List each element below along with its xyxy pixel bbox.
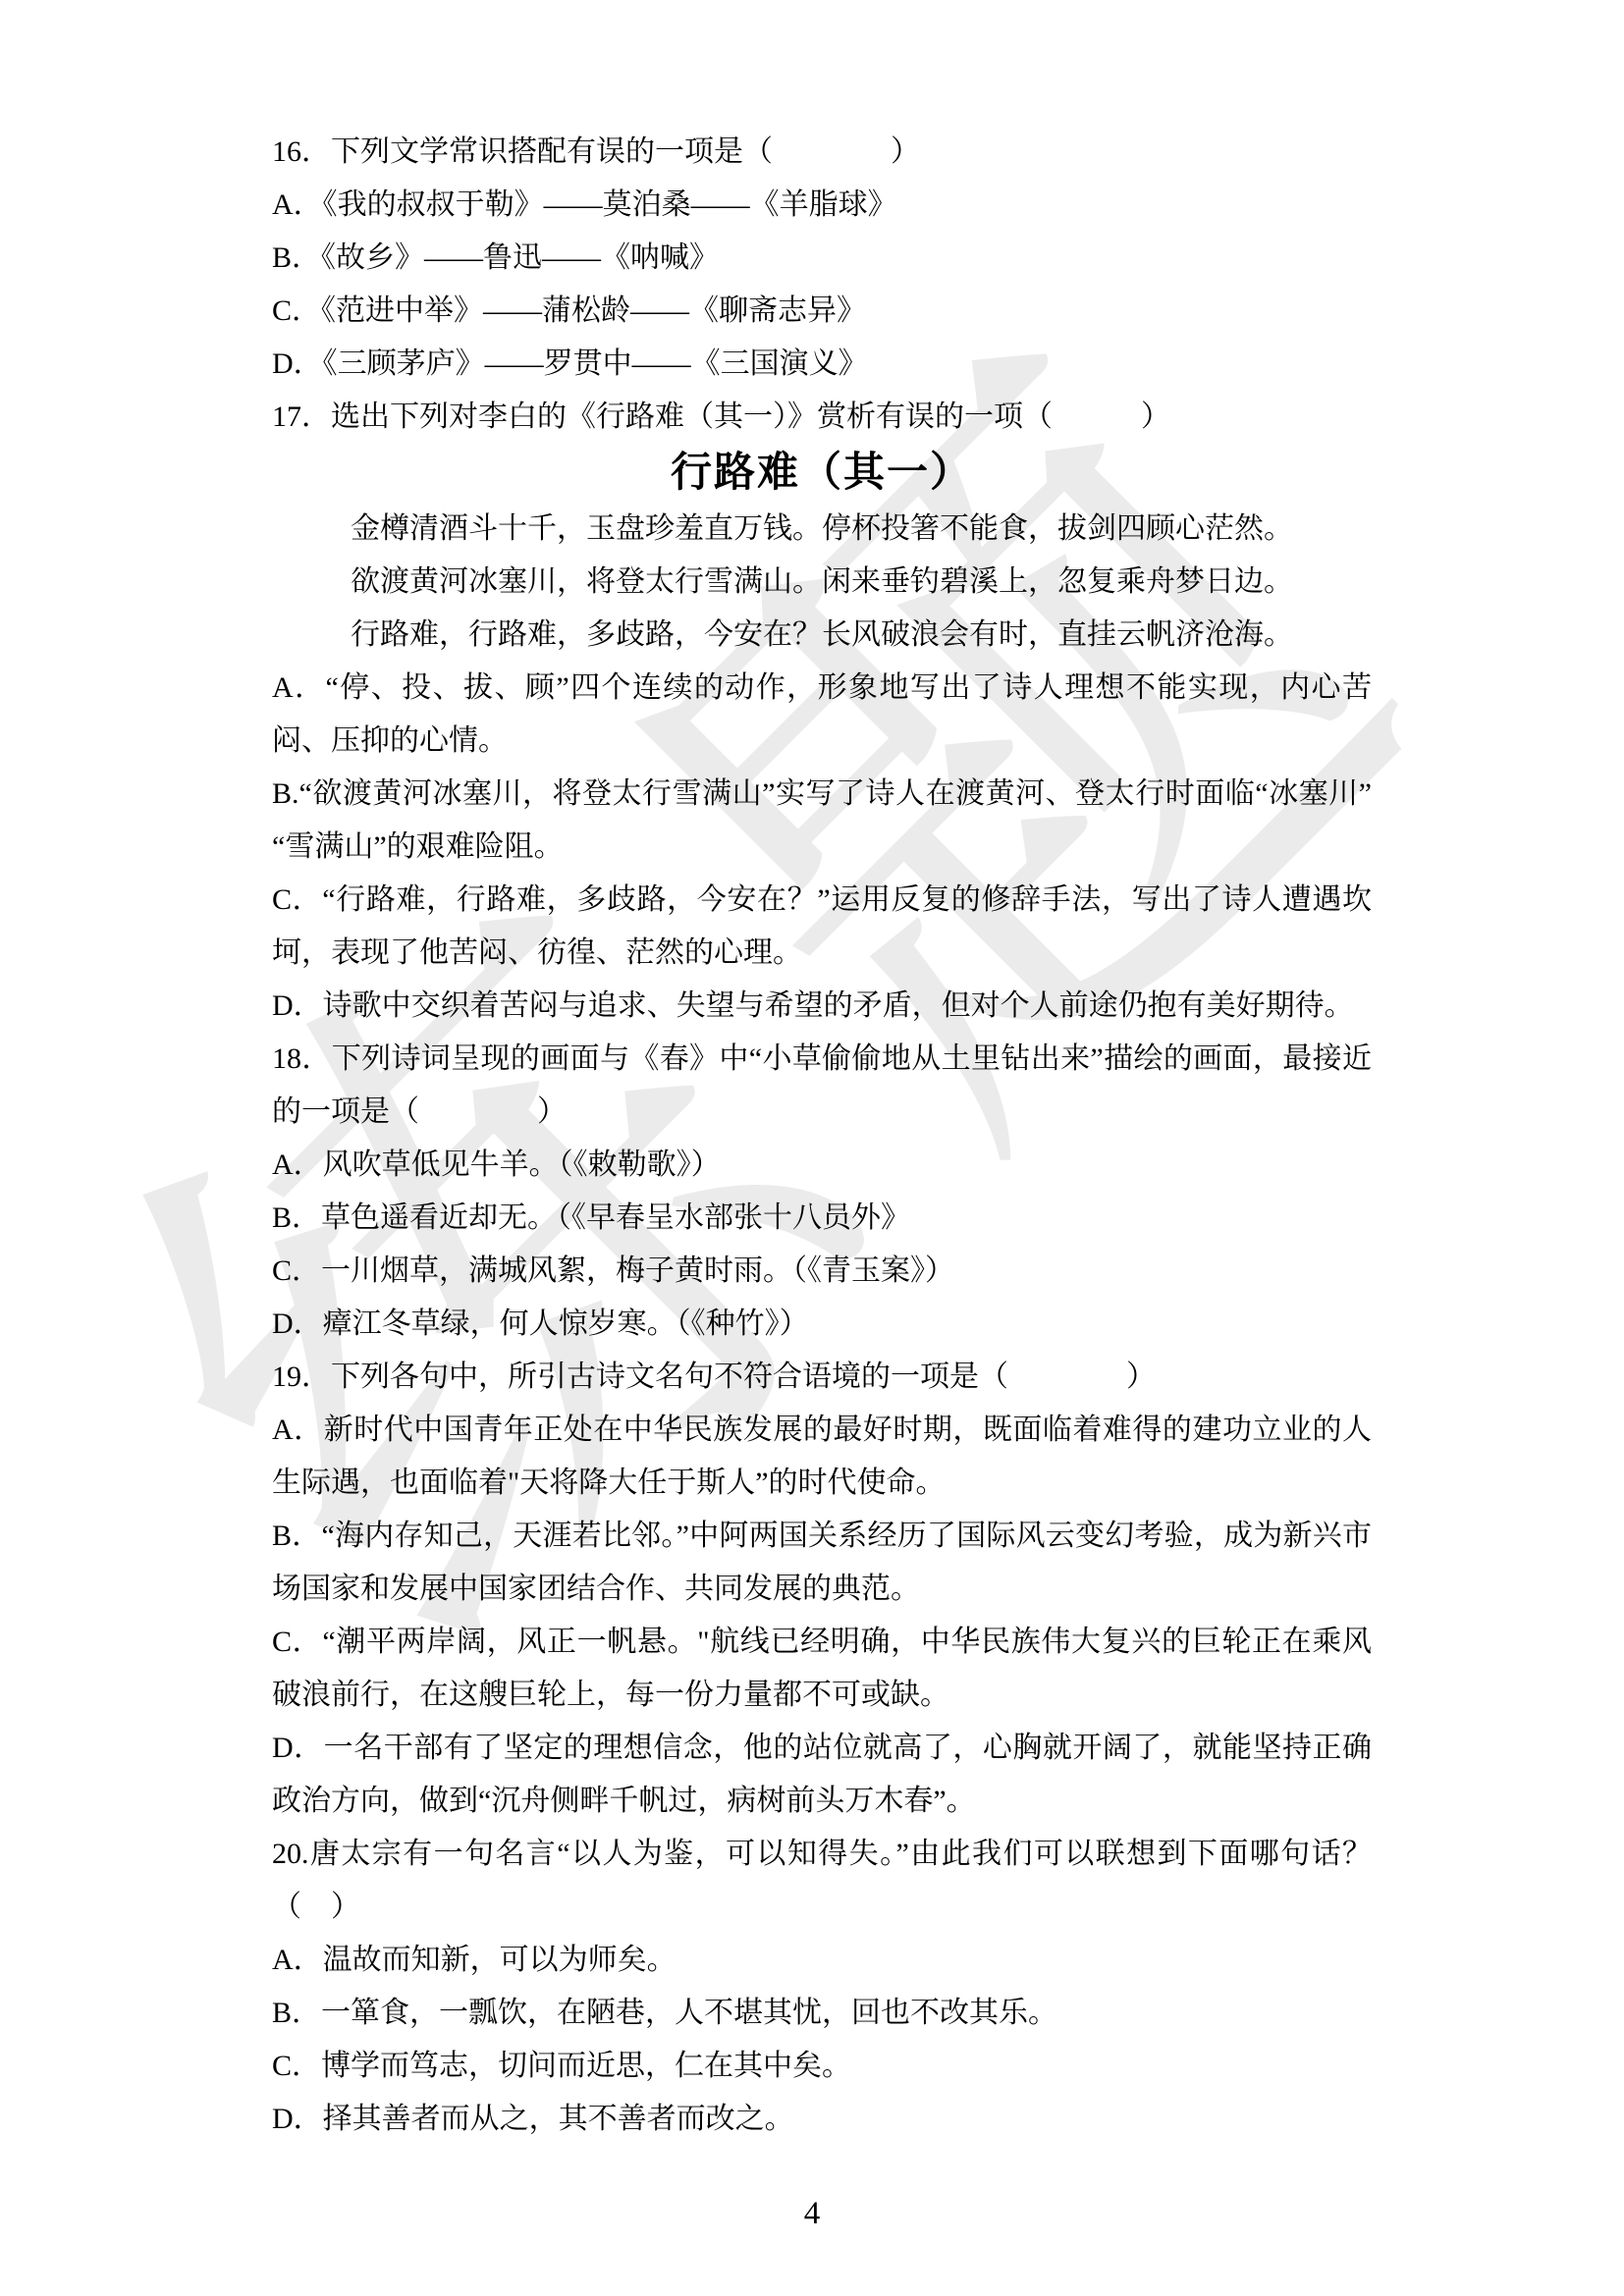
question-16-stem: 16．下列文学常识搭配有误的一项是（ ） <box>272 126 1372 179</box>
question-17-stem: 17．选出下列对李白的《行路难（其一）》赏析有误的一项（ ） <box>272 391 1372 444</box>
poem-line-1: 金樽清酒斗十千，玉盘珍羞直万钱。停杯投箸不能食，拔剑四顾心茫然。 <box>272 503 1372 556</box>
poem-line-3: 行路难，行路难，多歧路，今安在？长风破浪会有时，直挂云帆济沧海。 <box>272 609 1372 662</box>
question-17: 17．选出下列对李白的《行路难（其一）》赏析有误的一项（ ） 行路难（其一） 金… <box>272 391 1372 1033</box>
question-16-option-b: B．《故乡》——鲁迅——《呐喊》 <box>272 232 1372 285</box>
question-19-option-b: B．“海内存知己，天涯若比邻。”中阿两国关系经历了国际风云变幻考验，成为新兴市场… <box>272 1510 1372 1616</box>
question-18-stem: 18．下列诗词呈现的画面与《春》中“小草偷偷地从土里钻出来”描绘的画面，最接近的… <box>272 1033 1372 1139</box>
poem-title: 行路难（其一） <box>272 444 1372 503</box>
question-20-option-d: D．择其善者而从之，其不善者而改之。 <box>272 2093 1372 2146</box>
poem-line-2: 欲渡黄河冰塞川，将登太行雪满山。闲来垂钓碧溪上，忽复乘舟梦日边。 <box>272 556 1372 609</box>
question-19: 19．下列各句中，所引古诗文名句不符合语境的一项是（ ） A．新时代中国青年正处… <box>272 1351 1372 1828</box>
question-17-option-c: C．“行路难，行路难，多歧路，今安在？”运用反复的修辞手法，写出了诗人遭遇坎坷，… <box>272 874 1372 980</box>
question-area: 16．下列文学常识搭配有误的一项是（ ） A．《我的叔叔于勒》——莫泊桑——《羊… <box>272 126 1372 2146</box>
question-20: 20.唐太宗有一句名言“以人为鉴，可以知得失。”由此我们可以联想到下面哪句话？（… <box>272 1828 1372 2146</box>
question-16-option-c: C．《范进中举》——蒲松龄——《聊斋志异》 <box>272 285 1372 338</box>
question-19-option-c: C．“潮平两岸阔，风正一帆悬。"航线已经明确，中华民族伟大复兴的巨轮正在乘风破浪… <box>272 1616 1372 1722</box>
question-16: 16．下列文学常识搭配有误的一项是（ ） A．《我的叔叔于勒》——莫泊桑——《羊… <box>272 126 1372 391</box>
question-16-option-d: D．《三顾茅庐》——罗贯中——《三国演义》 <box>272 338 1372 391</box>
exam-paper-page: 练题 16．下列文学常识搭配有误的一项是（ ） A．《我的叔叔于勒》——莫泊桑—… <box>0 0 1624 2296</box>
question-18-option-a: A．风吹草低见牛羊。（《敕勒歌》） <box>272 1139 1372 1192</box>
question-18-option-b: B．草色遥看近却无。（《早春呈水部张十八员外》 <box>272 1192 1372 1245</box>
question-20-stem: 20.唐太宗有一句名言“以人为鉴，可以知得失。”由此我们可以联想到下面哪句话？（… <box>272 1828 1372 1934</box>
question-19-option-d: D．一名干部有了坚定的理想信念，他的站位就高了，心胸就开阔了，就能坚持正确政治方… <box>272 1722 1372 1828</box>
question-18-option-c: C．一川烟草，满城风絮，梅子黄时雨。（《青玉案》） <box>272 1245 1372 1298</box>
question-16-option-a: A．《我的叔叔于勒》——莫泊桑——《羊脂球》 <box>272 179 1372 232</box>
page-number: 4 <box>0 2187 1624 2240</box>
question-17-option-d: D．诗歌中交织着苦闷与追求、失望与希望的矛盾，但对个人前途仍抱有美好期待。 <box>272 980 1372 1033</box>
question-17-option-b: B.“欲渡黄河冰塞川，将登太行雪满山”实写了诗人在渡黄河、登太行时面临“冰塞川”… <box>272 768 1372 874</box>
question-18: 18．下列诗词呈现的画面与《春》中“小草偷偷地从土里钻出来”描绘的画面，最接近的… <box>272 1033 1372 1351</box>
question-20-option-c: C．博学而笃志，切问而近思，仁在其中矣。 <box>272 2040 1372 2093</box>
question-18-option-d: D．瘴江冬草绿，何人惊岁寒。（《种竹》） <box>272 1298 1372 1351</box>
question-17-option-a: A．“停、投、拔、顾”四个连续的动作，形象地写出了诗人理想不能实现，内心苦闷、压… <box>272 662 1372 768</box>
question-20-option-b: B．一箪食，一瓢饮，在陋巷，人不堪其忧，回也不改其乐。 <box>272 1987 1372 2040</box>
question-19-option-a: A．新时代中国青年正处在中华民族发展的最好时期，既面临着难得的建功立业的人生际遇… <box>272 1404 1372 1510</box>
question-20-option-a: A．温故而知新，可以为师矣。 <box>272 1934 1372 1987</box>
question-19-stem: 19．下列各句中，所引古诗文名句不符合语境的一项是（ ） <box>272 1351 1372 1404</box>
